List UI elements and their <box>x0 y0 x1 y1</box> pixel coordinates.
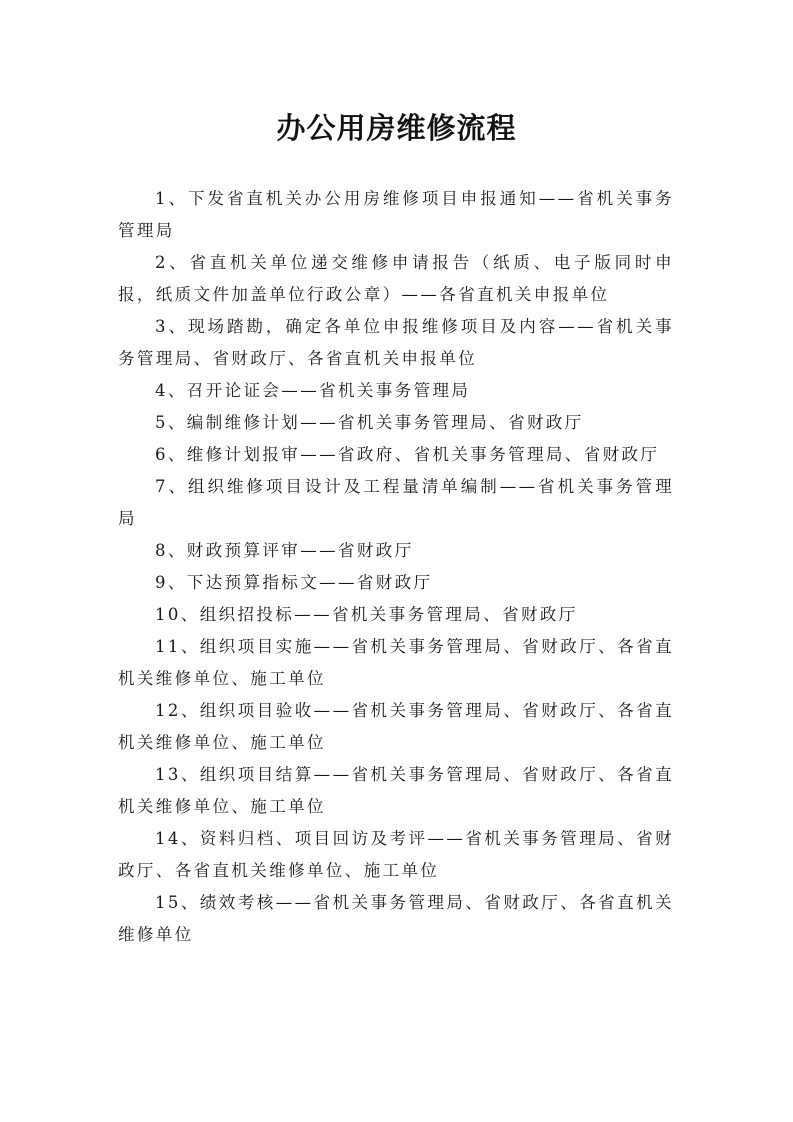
procedure-step-12: 12、组织项目验收——省机关事务管理局、省财政厅、各省直机关维修单位、施工单位 <box>118 695 674 759</box>
procedure-list: 1、下发省直机关办公用房维修项目申报通知——省机关事务管理局 2、省直机关单位递… <box>118 183 674 951</box>
procedure-step-6: 6、维修计划报审——省政府、省机关事务管理局、省财政厅 <box>118 439 674 471</box>
procedure-step-5: 5、编制维修计划——省机关事务管理局、省财政厅 <box>118 407 674 439</box>
procedure-step-3: 3、现场踏勘，确定各单位申报维修项目及内容——省机关事务管理局、省财政厅、各省直… <box>118 311 674 375</box>
procedure-step-2: 2、省直机关单位递交维修申请报告（纸质、电子版同时申报，纸质文件加盖单位行政公章… <box>118 247 674 311</box>
procedure-step-9: 9、下达预算指标文——省财政厅 <box>118 567 674 599</box>
procedure-step-10: 10、组织招投标——省机关事务管理局、省财政厅 <box>118 599 674 631</box>
document-title: 办公用房维修流程 <box>0 106 793 150</box>
procedure-step-14: 14、资料归档、项目回访及考评——省机关事务管理局、省财政厅、各省直机关维修单位… <box>118 823 674 887</box>
procedure-step-7: 7、组织维修项目设计及工程量清单编制——省机关事务管理局 <box>118 471 674 535</box>
document-page: 办公用房维修流程 1、下发省直机关办公用房维修项目申报通知——省机关事务管理局 … <box>0 0 793 1122</box>
procedure-step-13: 13、组织项目结算——省机关事务管理局、省财政厅、各省直机关维修单位、施工单位 <box>118 759 674 823</box>
procedure-step-15: 15、绩效考核——省机关事务管理局、省财政厅、各省直机关维修单位 <box>118 887 674 951</box>
procedure-step-11: 11、组织项目实施——省机关事务管理局、省财政厅、各省直机关维修单位、施工单位 <box>118 631 674 695</box>
procedure-step-4: 4、召开论证会——省机关事务管理局 <box>118 375 674 407</box>
procedure-step-1: 1、下发省直机关办公用房维修项目申报通知——省机关事务管理局 <box>118 183 674 247</box>
procedure-step-8: 8、财政预算评审——省财政厅 <box>118 535 674 567</box>
